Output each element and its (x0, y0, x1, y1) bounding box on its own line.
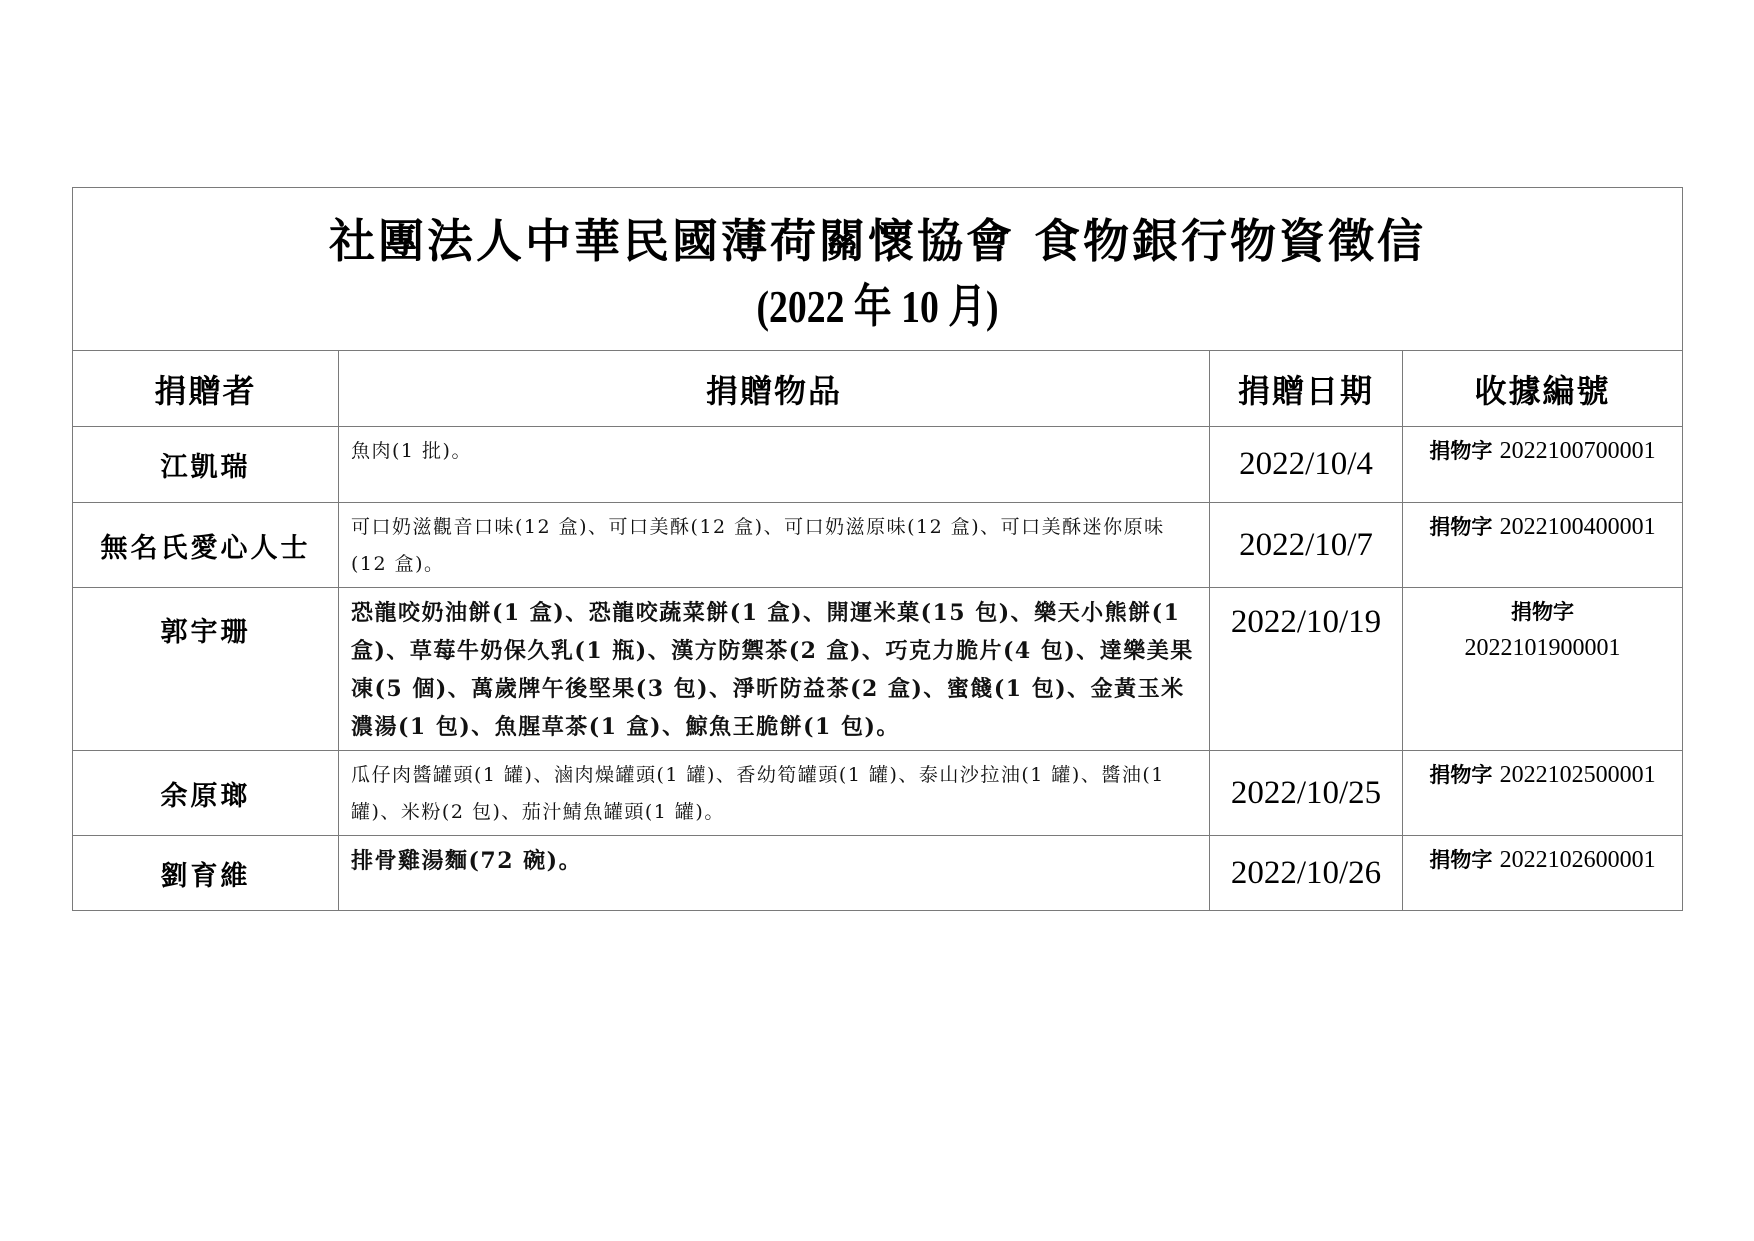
header-donor: 捐贈者 (73, 351, 339, 427)
receipt-prefix: 捐物字 (1429, 847, 1492, 872)
receipt-id: 2022100400001 (1500, 514, 1656, 540)
receipt-number: 捐物字 2022100700001 (1403, 427, 1683, 503)
donor-name: 劉育維 (73, 836, 339, 911)
donor-name: 余原瑯 (73, 751, 339, 836)
receipt-id: 2022102500001 (1500, 762, 1656, 788)
donor-name: 郭宇珊 (73, 588, 339, 751)
title-cell: 社團法人中華民國薄荷關懷協會 食物銀行物資徵信 (2022 年 10 月) (73, 188, 1683, 351)
table-row: 劉育維 排骨雞湯麵(72 碗)。 2022/10/26 捐物字 20221026… (73, 836, 1683, 911)
donation-date: 2022/10/19 (1210, 588, 1403, 751)
donated-items: 排骨雞湯麵(72 碗)。 (339, 836, 1210, 911)
donor-name: 無名氏愛心人士 (73, 503, 339, 588)
receipt-number: 捐物字 2022100400001 (1403, 503, 1683, 588)
receipt-id: 2022100700001 (1500, 438, 1656, 464)
table-row: 余原瑯 瓜仔肉醬罐頭(1 罐)、滷肉燥罐頭(1 罐)、香幼筍罐頭(1 罐)、泰山… (73, 751, 1683, 836)
donation-date: 2022/10/25 (1210, 751, 1403, 836)
donated-items: 恐龍咬奶油餅(1 盒)、恐龍咬蔬菜餅(1 盒)、開運米菓(15 包)、樂天小熊餅… (339, 588, 1210, 751)
header-row: 捐贈者 捐贈物品 捐贈日期 收據編號 (73, 351, 1683, 427)
donor-name: 江凱瑞 (73, 427, 339, 503)
receipt-prefix: 捐物字 (1429, 514, 1492, 539)
donated-items: 可口奶滋觀音口味(12 盒)、可口美酥(12 盒)、可口奶滋原味(12 盒)、可… (339, 503, 1210, 588)
table-row: 江凱瑞 魚肉(1 批)。 2022/10/4 捐物字 2022100700001 (73, 427, 1683, 503)
donated-items: 魚肉(1 批)。 (339, 427, 1210, 503)
receipt-id: 2022102600001 (1500, 847, 1656, 873)
table-row: 無名氏愛心人士 可口奶滋觀音口味(12 盒)、可口美酥(12 盒)、可口奶滋原味… (73, 503, 1683, 588)
receipt-number: 捐物字 2022102500001 (1403, 751, 1683, 836)
receipt-prefix: 捐物字 (1403, 594, 1682, 630)
donation-date: 2022/10/4 (1210, 427, 1403, 503)
receipt-number: 捐物字 2022102600001 (1403, 836, 1683, 911)
header-receipt: 收據編號 (1403, 351, 1683, 427)
receipt-id: 2022101900001 (1403, 630, 1682, 666)
donation-table: 社團法人中華民國薄荷關懷協會 食物銀行物資徵信 (2022 年 10 月) 捐贈… (72, 187, 1683, 911)
receipt-prefix: 捐物字 (1429, 762, 1492, 787)
header-date: 捐贈日期 (1210, 351, 1403, 427)
receipt-number: 捐物字 2022101900001 (1403, 588, 1683, 751)
title-row: 社團法人中華民國薄荷關懷協會 食物銀行物資徵信 (2022 年 10 月) (73, 188, 1683, 351)
receipt-prefix: 捐物字 (1429, 438, 1492, 463)
donation-date: 2022/10/26 (1210, 836, 1403, 911)
header-items: 捐贈物品 (339, 351, 1210, 427)
document-period: (2022 年 10 月) (218, 274, 1537, 340)
donated-items: 瓜仔肉醬罐頭(1 罐)、滷肉燥罐頭(1 罐)、香幼筍罐頭(1 罐)、泰山沙拉油(… (339, 751, 1210, 836)
donation-date: 2022/10/7 (1210, 503, 1403, 588)
document-title: 社團法人中華民國薄荷關懷協會 食物銀行物資徵信 (73, 208, 1682, 274)
table-row: 郭宇珊 恐龍咬奶油餅(1 盒)、恐龍咬蔬菜餅(1 盒)、開運米菓(15 包)、樂… (73, 588, 1683, 751)
